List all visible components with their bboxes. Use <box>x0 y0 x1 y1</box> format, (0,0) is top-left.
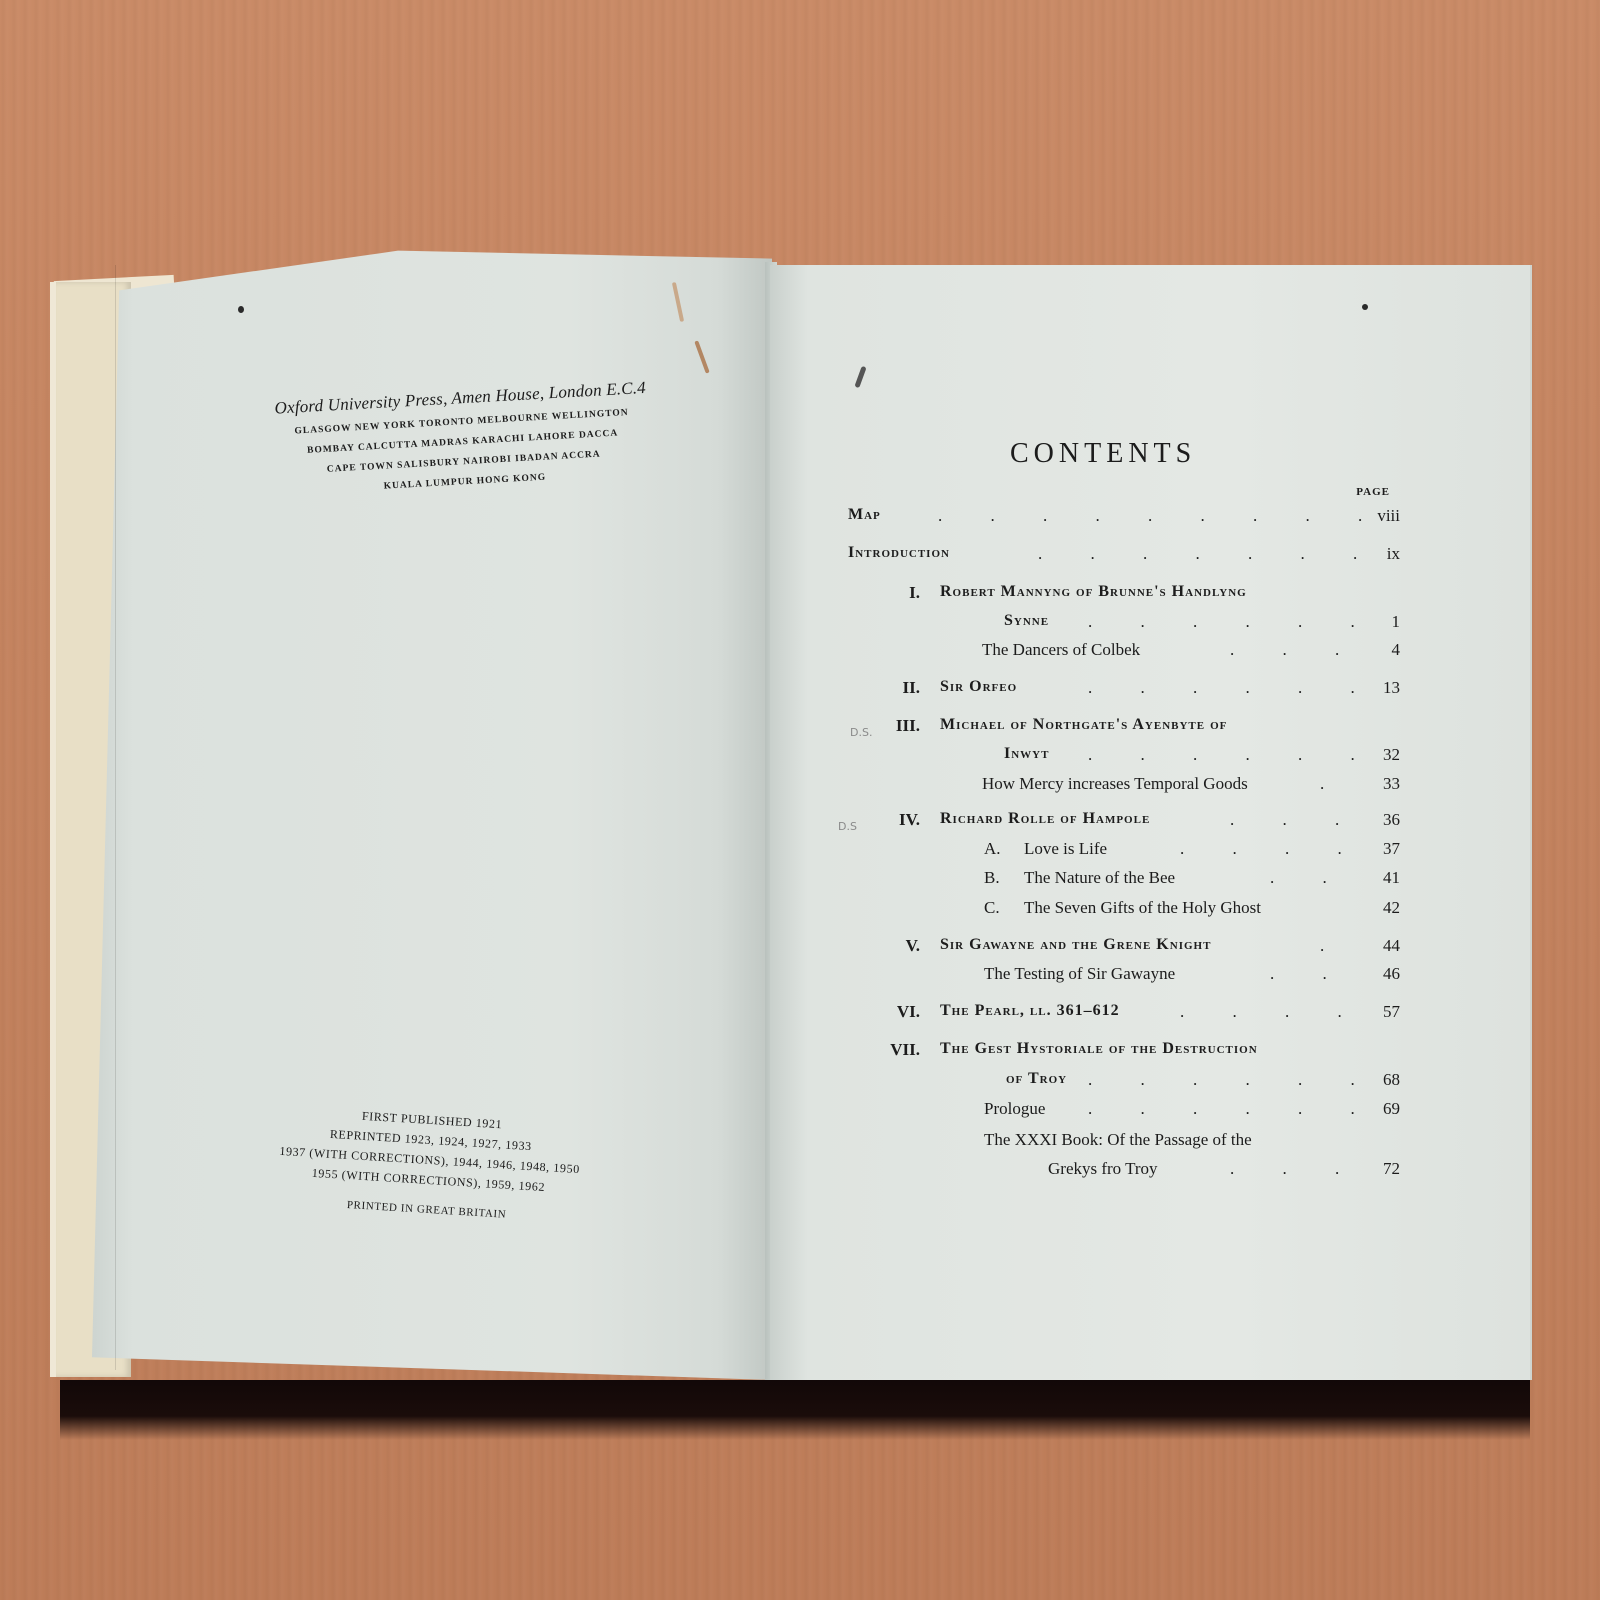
publication-history: FIRST PUBLISHED 1921 REPRINTED 1923, 192… <box>261 1100 597 1230</box>
toc-entry[interactable]: III. Michael of Northgate's Ayenbyte of <box>860 716 1400 740</box>
pencil-annotation: D.S. <box>850 726 872 739</box>
contents-title: CONTENTS <box>1010 438 1196 470</box>
toc-entry[interactable]: The Dancers of Colbek . . . 4 <box>860 640 1400 664</box>
toc-entry[interactable]: Prologue . . . . . . 69 <box>860 1099 1400 1123</box>
toc-entry[interactable]: The XXXI Book: Of the Passage of the <box>860 1130 1400 1154</box>
toc-entry[interactable]: B. The Nature of the Bee . . 41 <box>860 868 1400 892</box>
toc-entry[interactable]: VII. The Gest Hystoriale of the Destruct… <box>860 1040 1400 1064</box>
page-column-header: PAGE <box>1356 486 1390 498</box>
toc-entry[interactable]: VI. The Pearl, ll. 361–612 . . . . 57 <box>860 1002 1400 1026</box>
toc-entry[interactable]: How Mercy increases Temporal Goods . 33 <box>860 774 1400 798</box>
toc-entry[interactable]: V. Sir Gawayne and the Grene Knight . 44 <box>860 936 1400 960</box>
toc-entry[interactable]: Synne . . . . . . 1 <box>860 612 1400 636</box>
toc-entry[interactable]: Introduction . . . . . . . ix <box>860 544 1400 568</box>
toc-entry[interactable]: II. Sir Orfeo . . . . . . 13 <box>860 678 1400 702</box>
ink-spot <box>238 306 244 313</box>
pencil-annotation: D.S <box>838 820 857 833</box>
toc-entry[interactable]: IV. Richard Rolle of Hampole . . . 36 <box>860 810 1400 834</box>
toc-entry[interactable]: of Troy . . . . . . 68 <box>860 1070 1400 1094</box>
ink-spot <box>1362 304 1368 310</box>
toc-entry[interactable]: Inwyt . . . . . . 32 <box>860 745 1400 769</box>
book-shadow <box>60 1380 1530 1440</box>
toc-entry[interactable]: Grekys fro Troy . . . 72 <box>860 1159 1400 1183</box>
toc-entry[interactable]: C. The Seven Gifts of the Holy Ghost 42 <box>860 898 1400 922</box>
toc-entry[interactable]: A. Love is Life . . . . 37 <box>860 839 1400 863</box>
toc-entry[interactable]: Map . . . . . . . . . viii <box>860 506 1400 530</box>
toc-entry[interactable]: I. Robert Mannyng of Brunne's Handlyng <box>860 583 1400 607</box>
toc-entry[interactable]: The Testing of Sir Gawayne . . 46 <box>860 964 1400 988</box>
